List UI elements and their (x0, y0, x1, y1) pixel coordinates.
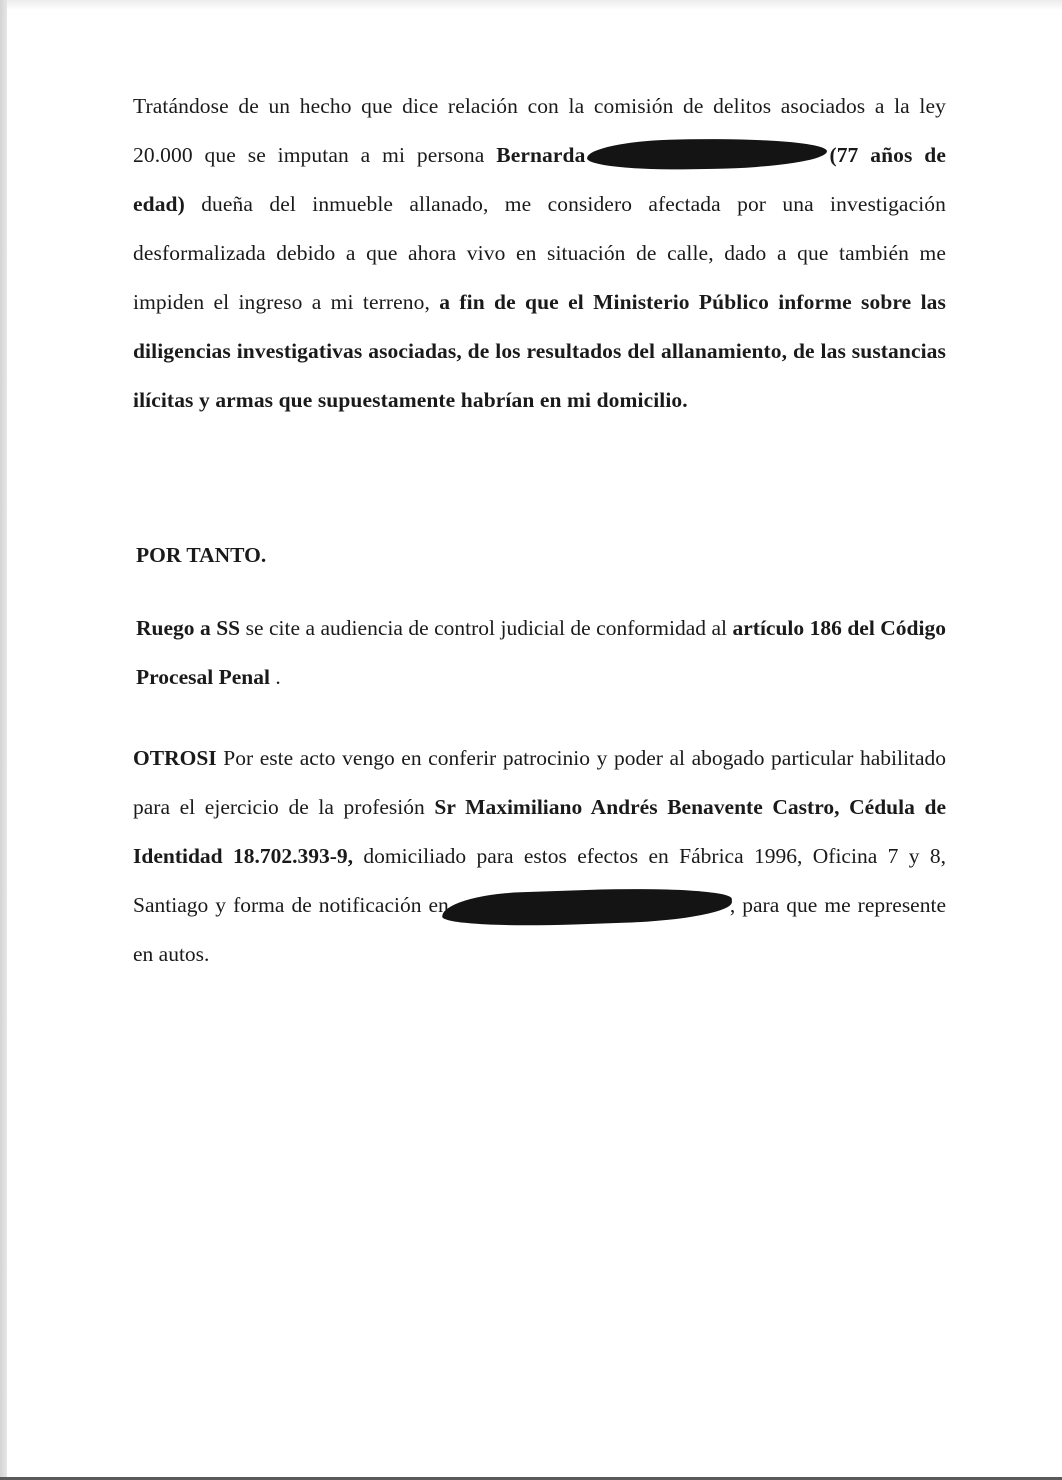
petition-text: se cite a audiencia de control judicial … (240, 616, 732, 640)
document-page: Tratándose de un hecho que dice relación… (133, 82, 946, 425)
redacted-notification-address (441, 885, 732, 929)
paragraph-petition: Ruego a SS se cite a audiencia de contro… (136, 604, 946, 702)
paragraph-facts: Tratándose de un hecho que dice relación… (133, 82, 946, 425)
otrosi-heading: OTROSI (133, 746, 217, 770)
defendant-first-name: Bernarda (496, 143, 585, 167)
page-top-shadow (7, 0, 1062, 10)
petition-end: . (270, 665, 281, 689)
por-tanto-heading: POR TANTO. (136, 535, 266, 575)
redacted-surname (587, 137, 827, 171)
page-left-edge (0, 0, 7, 1480)
petition-lead: Ruego a SS (136, 616, 240, 640)
paragraph-otrosi: OTROSI Por este acto vengo en conferir p… (133, 734, 946, 979)
